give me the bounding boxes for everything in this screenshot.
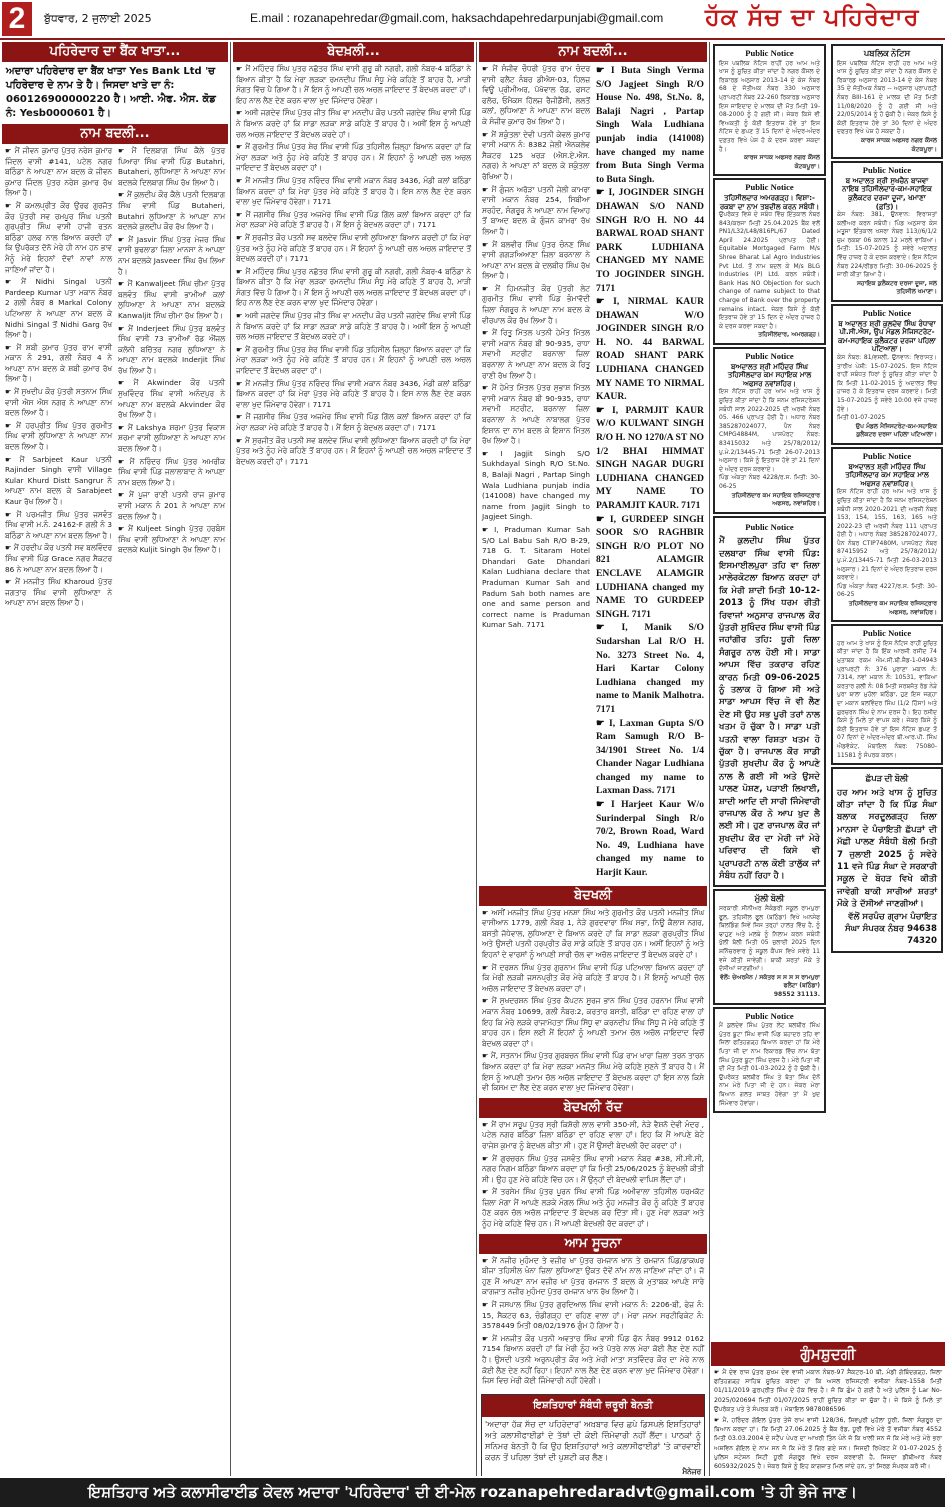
notice-item: ☛ ਅਸੀਂ ਮਨਜੀਤ ਸਿੰਘ ਪੁੱਤਰ ਮਨਸ਼ਾ ਸਿੰਘ ਅਤੇ ਗ… xyxy=(482,908,704,961)
contact-email: E.mail : rozanapehredar@gmail.com, haksa… xyxy=(250,11,663,25)
notice-subtitle: ਬਅਦਾਲਤ ਸ਼੍ਰੀ ਮਹਿੰਦਰ ਸਿੰਘ ਤਹਿਸੀਲਦਾਰ ਕਮ ਸਹ… xyxy=(837,463,937,489)
notice-item: ☛ ਮੈਂ ਬਲਵੀਰ ਸਿੰਘ ਪੁੱਤਰ ਚੰਨਣ ਸਿੰਘ ਵਾਸੀ ਗਗ… xyxy=(482,240,590,282)
public-notice-box: Public Noticeਮੈਂ ਕੁਲਦੇਵ ਸਿੰਘ ਪੁੱਤਰ ਲੇਟ ਬ… xyxy=(713,1007,826,1114)
notice-body: ਇਸ ਨੋਟਿਸ ਰਾਹੀਂ ਹਰ ਆਮ ਅਤੇ ਖਾਸ ਨੂੰ ਸੂਚਿਤ ਕ… xyxy=(719,388,820,474)
notice-item: ☛ ਮੈਂ ਜਗਸੀਰ ਸਿੰਘ ਪੁੱਤਰ ਅਜਮੇਰ ਸਿੰਘ ਵਾਸੀ ਪ… xyxy=(236,412,471,433)
notice-item: ☛ ਮੈਂ ਕਮਲਪ੍ਰੀਤ ਕੌਰ ਉਰਫ ਗੁਰਜੋਤ ਕੌਰ ਪੁੱਤਰੀ… xyxy=(5,201,112,275)
section-title-general-notice: ਆਮ ਸੂਚਨਾ xyxy=(479,1234,707,1254)
notice-title: Public Notice xyxy=(837,309,937,318)
ad-disclaimer-box: ਇਸ਼ਤਿਹਾਰਾਂ ਸੰਬੰਧੀ ਜ਼ਰੂਰੀ ਬੇਨਤੀ 'ਅਦਾਰਾ ਹੱ… xyxy=(481,1394,705,1476)
section-title-eviction: ਬੇਦਖ਼ਲੀ... xyxy=(233,42,474,62)
notice-item: ☛ ਮੈਂ, ਹਰਿੰਦਰ ਗੋਇਲ ਪੁੱਤਰ ਤੇਜੋ ਰਾਮ ਵਾਸੀ 1… xyxy=(714,1416,942,1471)
notice-item: ☛ ਮੈਂ ਮਹਿੰਦਰ ਸਿੰਘ ਪੁਤਰ ਨਛੱਤਰ ਸਿੰਘ ਵਾਸੀ ਗ… xyxy=(236,64,471,106)
notice-item: ☛ ਮੈਂ ਮਨਜੀਤ ਸਿੰਘ ਪੁੱਤਰ ਨਰਿੰਦਰ ਸਿੰਘ ਵਾਸੀ … xyxy=(236,176,471,208)
notice-footer: ਪਿੰਡ ਅੰਕਤਾ ਨੰਬਰ 4228/ਰ.ਸ. ਮਿਤੀ: 30-06-25 xyxy=(719,474,820,491)
issue-date: ਬੁੱਧਵਾਰ, 2 ਜੁਲਾਈ 2025 xyxy=(44,12,152,26)
section-title-name-change-2: ਨਾਮ ਬਦਲੀ... xyxy=(479,42,707,62)
notice-item: ☛ ਮੈਂ Akwinder ਕੌਰ ਪਤਨੀ ਸੁਖਵਿੰਦਰ ਸਿੰਘ ਵਾ… xyxy=(118,378,225,420)
notice-item: ☛ ਮੈਂ ਮਨਜੀਤ ਕੌਰ ਪਤਨੀ ਅਵਤਾਰ ਸਿੰਘ ਵਾਸੀ ਪਿੰ… xyxy=(482,1334,704,1387)
notice-item: ☛ ਮੈਂ ਨਰਿੰਦਰ ਸਿੰਘ ਪੁੱਤਰ ਅਮਰੀਕ ਸਿੰਘ ਵਾਸੀ … xyxy=(118,457,225,489)
name-change-columns: ☛ ਮੈਂ ਸੰਜੀਵ ਚੌਧਰੀ ਪੁੱਤਰ ਰਾਮ ਚੰਦਰ ਵਾਸੀ ਫਲ… xyxy=(479,62,707,882)
page-number: 2 xyxy=(2,2,32,36)
column-eviction: ਬੇਦਖ਼ਲੀ... ☛ ਮੈਂ ਮਹਿੰਦਰ ਸਿੰਘ ਪੁਤਰ ਨਛੱਤਰ … xyxy=(233,42,474,1476)
public-notice-box: Public Noticeਬ ਅਦਾਲਤ ਸ਼੍ਰੀ ਸੁਖਚੈਨ ਬਾਜਵਾ … xyxy=(831,161,943,302)
notice-item: ☛ ਮੈਂ ਗੁੰਜਨ ਅਰੋੜਾ ਪਤਨੀ ਜੇਲੀ ਕਾਮਰਾ ਵਾਸੀ ਮ… xyxy=(482,185,590,238)
notice-item: ☛ ਮੈਂ Sarbjeet Kaur ਪਤਨੀ Rajinder Singh … xyxy=(5,455,112,508)
disclaimer-signature: ਮੈਨੇਜਰ xyxy=(482,1465,704,1476)
section-title-name-change: ਨਾਮ ਬਦਲੀ... xyxy=(2,124,228,144)
notice-signature: ਵੱਲੋਂ ਸਰਪੰਚ ਗ੍ਰਾਮ ਪੰਚਾਇਤ ਸੰਘਾ ਸੰਪਰਕ ਨੰਬਰ… xyxy=(837,911,937,948)
notice-item: ☛ ਮੈਂ ਮਹਿੰਦਰ ਸਿੰਘ ਪੁਤਰ ਨਛੱਤਰ ਸਿੰਘ ਵਾਸੀ ਗ… xyxy=(236,267,471,309)
notice-body: ਹਰ ਆਮ ਤੇ ਖਾਸ ਨੂੰ ਇਸ ਨੋਟਿਸ ਰਾਹੀਂ ਸੂਚਿਤ ਕੀ… xyxy=(837,640,937,760)
notice-body: ਕੇਸ ਨੰਬਰ: 81/ਵਸਲੀ, ਉਨਵਾਨ: ਵਿਰਾਸਤ। ਤਾਰੀਖ … xyxy=(837,354,937,414)
notice-item: ☛ I, Praduman Kumar Sah S/O Lal Babu Sah… xyxy=(482,525,590,631)
notice-title: Public Notice xyxy=(837,452,937,461)
public-notice-box: Public Noticeਇਸ ਪਬਲਿਕ ਨੋਟਿਸ ਰਾਹੀਂ ਹਰ ਆਮ … xyxy=(713,44,826,176)
column-name-change-2: ਨਾਮ ਬਦਲੀ... ☛ ਮੈਂ ਸੰਜੀਵ ਚੌਧਰੀ ਪੁੱਤਰ ਰਾਮ … xyxy=(479,42,707,1476)
notice-item: ☛ ਮੈਂ ਪਰਮਜੀਤ ਸਿੰਘ ਪੁੱਤਰ ਜਸਵੰਤ ਸਿੰਘ ਵਾਸੀ … xyxy=(5,510,112,542)
notice-item: ☛ I, PARMJIT KAUR W/O KULWANT SINGH R/O … xyxy=(596,404,704,513)
eviction-list: ☛ ਮੈਂ ਮਹਿੰਦਰ ਸਿੰਘ ਪੁਤਰ ਨਛੱਤਰ ਸਿੰਘ ਵਾਸੀ ਗ… xyxy=(233,62,474,471)
notice-body: ਇਸ ਪਬਲਿਕ ਨੋਟਿਸ ਰਾਹੀਂ ਹਰ ਆਮ ਅਤੇ ਖਾਸ ਨੂੰ ਸ… xyxy=(719,60,820,155)
notice-title: ਮੁੱਲੀ ਬੋਲੀ xyxy=(719,894,820,903)
notice-item: ☛ ਮੈਂ ਹਿਮਨਜੀਤ ਕੌਰ ਪੁੱਤਰੀ ਲੇਟ ਗੁਰਮੀਤ ਸਿੰਘ… xyxy=(482,284,590,326)
notice-footer: ਮਿਤੀ 01-07-2025 xyxy=(837,414,937,423)
notice-item: ☛ ਮੈਂ ਜਸਪਾਲ ਸਿੰਘ ਪੁੱਤਰ ਗੁਰਦਿਆਲ ਸਿੰਘ ਵਾਸੀ… xyxy=(482,1300,704,1332)
notice-phone: 98552 31113. xyxy=(719,991,820,1000)
notice-item: ☛ ਅਸੀ ਜਗਦੇਵ ਸਿੰਘ ਪੁੱਤਰ ਜੀਤ ਸਿੰਘ ਵਾ ਮਨਦੀਪ… xyxy=(236,311,471,343)
column-divider xyxy=(476,42,477,1476)
notice-item: ☛ I, GURDEEP SINGH SOOR S/O RAGHBIR SING… xyxy=(596,513,704,622)
notice-subtitle: ਬਅਦਾਲਤ ਸ਼੍ਰੀ ਮਹਿੰਦਰ ਸਿੰਘ ਤਹਿਸੀਲਦਾਰ ਕਮ ਸਹ… xyxy=(719,363,820,389)
notice-title: Public Notice xyxy=(837,166,937,175)
notice-signature: ਸਹਾਇਕ ਕੁਲੈਕਟਰ ਦਰਜਾ ਦੂਜਾ, ਜਲ ਤਹਿਸੀਲ ਖਮਾਣਾ… xyxy=(837,280,937,297)
notice-item: ☛ ਮੈਂ Jasvir ਸਿੰਘ ਪੁੱਤਰ ਮੇਜਰ ਸਿੰਘ ਵਾਸੀ ਬ… xyxy=(118,235,225,277)
notice-item: ☛ ਮੈਂ Kanwaljeet ਸਿੰਘ ਚੀਮਾ ਪੁੱਤਰ ਬਲਵੰਤ ਸ… xyxy=(118,279,225,321)
notice-title: Public Notice xyxy=(719,521,820,533)
notice-item: ☛ ਮੈਂ ਦੇਵ ਰਾਜ ਪੁੱਤਰ ਸੁਖਮ ਦੇਵ ਵਾਸੀ ਮਕਾਨ ਨ… xyxy=(714,1368,942,1414)
disclaimer-text: 'ਅਦਾਰਾ ਹੱਕ ਸੱਚ ਦਾ ਪਹਿਰੇਦਾਰ' ਅਖ਼ਬਾਰ ਵਿਚ ਛ… xyxy=(482,1417,704,1465)
public-notice-box: Public Noticeਤਹਿਸੀਲਦਾਰ ਅਮਰਗੜ੍ਹ। ਵਿਸ਼ਾ:- … xyxy=(713,178,826,345)
notice-body: ਇਸ ਨੋਟਿਸ ਰਾਹੀਂ ਹਰ ਆਮ ਅਤੇ ਖਾਸ ਨੂੰ ਸੂਚਿਤ ਕ… xyxy=(837,488,937,583)
notice-body: ਮੈਂ ਕੁਲਦੀਪ ਸਿੰਘ ਪੁੱਤਰ ਦਲਬਾਰਾ ਸਿੰਘ ਵਾਸੀ ਪ… xyxy=(719,535,820,882)
name-change-right: ☛ ਮੈਂ ਦਿਲਬਾਗ ਸਿੰਘ ਕੈਲੇ ਪੁੱਤਰ ਪਿਆਰਾ ਸਿੰਘ … xyxy=(118,146,225,611)
notice-signature: ਕਾਰਜ ਸਾਧਕ ਅਫਸਰ ਨਗਰ ਕੌਂਸਲ ਕੋਟਕਪੂਰਾ। xyxy=(719,154,820,171)
masthead: 2 ਬੁੱਧਵਾਰ, 2 ਜੁਲਾਈ 2025 E.mail : rozanap… xyxy=(0,0,945,40)
eviction-cancel-list: ☛ ਮੈਂ ਰਾਮ ਸਰੂਪ ਪੁੱਤਰ ਸ੍ਰੀ ਕਿਸ਼ੋਰੀ ਲਾਲ ਵਾ… xyxy=(479,1118,707,1234)
public-notice-box: Public Noticeਬਅਦਾਲਤ ਸ਼੍ਰੀ ਮਹਿੰਦਰ ਸਿੰਘ ਤਹ… xyxy=(831,447,943,622)
public-notice-box: ਪਬਲਿਕ ਨੋਟਿਸਇਸ ਪਬਲਿਕ ਨੋਟਿਸ ਰਾਹੀਂ ਹਰ ਆਮ ਅਤ… xyxy=(831,44,943,159)
notice-item: ☛ ਮੈਂ ਕੁਲਦੀਪ ਕੌਰ ਕੈਲੇ ਪਤਨੀ ਦਿਲਬਾਗ ਸਿੰਘ ਵ… xyxy=(118,190,225,232)
notice-item: ☛ ਮੈਂ ਮਨਜੀਤ ਸਿੰਘ Kharoud ਪੁੱਤਰ ਜਗਤਾਰ ਸਿੰ… xyxy=(5,577,112,609)
eviction-list-2: ☛ ਅਸੀਂ ਮਨਜੀਤ ਸਿੰਘ ਪੁੱਤਰ ਮਨਸ਼ਾ ਸਿੰਘ ਅਤੇ ਗ… xyxy=(479,906,707,1098)
notice-item: ☛ ਮੈਂ ਗੁਰਮੀਤ ਸਿੰਘ ਪੁੱਤਰ ਸ਼ੇਰ ਸਿੰਘ ਵਾਸੀ ਪ… xyxy=(236,142,471,174)
section-title-missing: ਗੁੰਮਸ਼ੁਦਗੀ xyxy=(711,1342,945,1366)
public-notice-box: ਛੱਪੜ ਦੀ ਬੋਲੀਹਰ ਆਮ ਅਤੇ ਖਾਸ ਨੂੰ ਸੂਚਿਤ ਕੀਤਾ… xyxy=(831,767,943,953)
column-public-notices-right: ਪਬਲਿਕ ਨੋਟਿਸਇਸ ਪਬਲਿਕ ਨੋਟਿਸ ਰਾਹੀਂ ਹਰ ਆਮ ਅਤ… xyxy=(829,42,945,1338)
notice-item: ☛ ਮੈਂ ਸ਼ਬੀ ਕੁਮਾਰ ਪੁੱਤਰ ਰਾਮ ਵਾਸੀ ਮਕਾਨ ਨੰ … xyxy=(5,343,112,385)
notice-signature: ਤਹਿਸੀਲਦਾਰ ਕਮ ਸਹਾਇਕ ਰਜਿਸਟ੍ਰਾਰ ਅਫਸਰ, ਨਵਾਂਸ… xyxy=(837,600,937,617)
notice-item: ☛ I, JOGINDER SINGH DHAWAN S/O NAND SING… xyxy=(596,186,704,295)
notice-title: Public Notice xyxy=(719,183,820,192)
name-change-english: ☛ I Buta Singh Verma S/O Jagjeet Singh R… xyxy=(596,64,704,880)
notice-body: ਹਰ ਆਮ ਅਤੇ ਖਾਸ ਨੂੰ ਸੂਚਿਤ ਕੀਤਾ ਜਾਂਦਾ ਹੈ ਕਿ… xyxy=(837,787,937,911)
notice-signature: ਵੱਲੋਂ: ਚੇਅਰਮੈਨ / ਸਕੱਤਰ ਸ ਸ ਸ ਸ ਰਾਮਪੁਰਾ ਫ… xyxy=(719,974,820,991)
section-title-eviction-2: ਬੇਦਖਲੀ xyxy=(479,886,707,906)
notice-item: ☛ I Jagjit Singh S/O Sukhdayal Singh R/O… xyxy=(482,449,590,523)
notice-signature: ਉਪ ਮੰਡਲ ਮੈਜਿਸਟਰੇਟ-ਕਮ-ਸਹਾਇਕ ਕੁਲੈਕਟਰ ਦਰਜਾ … xyxy=(837,423,937,440)
name-change-punjabi: ☛ ਮੈਂ ਸੰਜੀਵ ਚੌਧਰੀ ਪੁੱਤਰ ਰਾਮ ਚੰਦਰ ਵਾਸੀ ਫਲ… xyxy=(482,64,590,880)
notice-item: ☛ ਮੈਂ ਦਿਲਬਾਗ ਸਿੰਘ ਕੈਲੇ ਪੁੱਤਰ ਪਿਆਰਾ ਸਿੰਘ … xyxy=(118,146,225,188)
notice-subtitle: ਬ ਅਦਾਲਤ ਸ਼੍ਰੀ ਸੁਖਚੈਨ ਬਾਜਵਾ ਨਾਇਬ ਤਹਿਸੀਲਦਾ… xyxy=(837,177,937,211)
notice-signature: ਤਹਿਸੀਲਦਾਰ ਕਮ ਸਹਾਇਕ ਰਜਿਸਟ੍ਰਾਰ ਅਫਸਰ, ਨਵਾਂਸ… xyxy=(719,492,820,509)
notice-item: ☛ ਮੈਂ Inderjeet ਸਿੰਘ ਪੁੱਤਰ ਬਲਵੰਤ ਸਿੰਘ ਵਾ… xyxy=(118,324,225,377)
column-divider xyxy=(709,42,710,1476)
notice-item: ☛ ਮੈਂ Kuljeet Singh ਪੁੱਤਰ ਹਰਬੰਸ ਸਿੰਘ ਵਾਸ… xyxy=(118,524,225,556)
public-notice-box: Public Noticeਹਰ ਆਮ ਤੇ ਖਾਸ ਨੂੰ ਇਸ ਨੋਟਿਸ ਰ… xyxy=(831,624,943,765)
notice-item: ☛ I, Laxman Gupta S/O Ram Samugh R/O B-3… xyxy=(596,717,704,799)
notice-item: ☛ I, Manik S/O Sudarshan Lal R/O H. No. … xyxy=(596,621,704,716)
notice-body: ਉਪਰੋਕਤ ਵਿਸ਼ੇ ਦੇ ਸਬੰਧ ਵਿੱਚ ਇੰਤਕਾਲ ਨੰਬਰ 84… xyxy=(719,211,820,331)
notice-title: ਛੱਪੜ ਦੀ ਬੋਲੀ xyxy=(837,772,937,784)
section-title-bank: ਪਹਿਰੇਦਾਰ ਦਾ ਬੈਂਕ ਖਾਤਾ... xyxy=(2,42,228,62)
notice-body: ਮੈਂ ਕੁਲਦੇਵ ਸਿੰਘ ਪੁੱਤਰ ਲੇਟ ਬਲਬੀਰ ਸਿੰਘ ਪੁੱ… xyxy=(719,1022,820,1108)
general-notice-list: ☛ ਮੈਂ ਨਜੀਰ ਮੁਹੰਮਦ ਤੇ ਵਜ਼ੀਰ ਖਾ ਪੁੱਤਰ ਰਮਜਾ… xyxy=(479,1254,707,1391)
public-notice-box: ਮੁੱਲੀ ਬੋਲੀਸਰਕਾਰੀ ਸੀਨੀਅਰ ਸੈਕੰਡਰੀ ਸਕੂਲ ਰਾਮ… xyxy=(713,889,826,1004)
notice-body: ਕੇਸ ਨੰਬਰ: 381, ਉਨਵਾਨ: ਵਿਰਾਸਤਾਂ ਕਲੀਅਰ ਕਰਨ… xyxy=(837,211,937,280)
column-public-notices-left: Public Noticeਇਸ ਪਬਲਿਕ ਨੋਟਿਸ ਰਾਹੀਂ ਹਰ ਆਮ … xyxy=(711,42,828,1338)
notice-item: ☛ ਮੈਂ ਹਰਪ੍ਰੀਤ ਸਿੰਘ ਪੁੱਤਰ ਗੁਰਮੀਤ ਸਿੰਘ ਵਾਸ… xyxy=(5,421,112,453)
notice-subtitle: ਬ ਅਦਾਲਤ ਸ਼੍ਰੀ ਕੁਲਦੇਵ ਸਿੰਘ ਰੰਧਾਵਾ ਪੀ.ਸੀ.ਐ… xyxy=(837,320,937,354)
notice-item: ☛ ਮੈਂ ਸੁਖਦੀਪ ਕੌਰ ਪੁੱਤਰੀ ਸਤਨਾਮ ਸਿੰਘ ਵਾਸੀ … xyxy=(5,387,112,419)
missing-section: ਗੁੰਮਸ਼ੁਦਗੀ ☛ ਮੈਂ ਦੇਵ ਰਾਜ ਪੁੱਤਰ ਸੁਖਮ ਦੇਵ … xyxy=(711,1342,945,1476)
notice-item: ☛ ਮੈਂ, ਸਤਨਾਮ ਸਿੰਘ ਪੁੱਤਰ ਗੁਰਬਚਨ ਸਿੰਘ ਵਾਸੀ… xyxy=(482,1051,704,1093)
notice-item: ☛ ਮੈਂ ਗੁਰਮੀਤ ਸਿੰਘ ਪੁੱਤਰ ਸ਼ੇਰ ਸਿੰਘ ਵਾਸੀ ਪ… xyxy=(236,345,471,377)
notice-item: ☛ ਮੈਂ ਪੂਜਾ ਰਾਣੀ ਪਤਨੀ ਰਾਜ ਕੁਮਾਰ ਵਾਸੀ ਮਕਾਨ… xyxy=(118,490,225,522)
notice-item: ☛ ਮੈਂ ਸੁਰਜੀਤ ਕੌਰ ਪਤਨੀ ਸਵ ਬਲਦੇਵ ਸਿੰਘ ਵਾਸੀ… xyxy=(236,233,471,265)
public-notice-box: Public Noticeਮੈਂ ਕੁਲਦੀਪ ਸਿੰਘ ਪੁੱਤਰ ਦਲਬਾਰ… xyxy=(713,516,826,888)
section-title-eviction-cancel: ਬੇਦਖਲੀ ਰੱਦ xyxy=(479,1098,707,1118)
notice-title: Public Notice xyxy=(719,1012,820,1021)
bank-details: ਅਦਾਰਾ ਪਹਿਰੇਦਾਰ ਦਾ ਬੈਂਕ ਖਾਤਾ Yes Bank Ltd… xyxy=(2,62,228,124)
notice-item: ☛ ਮੈਂ ਮਨਜੀਤ ਸਿੰਘ ਪੁੱਤਰ ਨਰਿੰਦਰ ਸਿੰਘ ਵਾਸੀ … xyxy=(236,379,471,411)
notice-item: ☛ ਮੈਂ ਜੀਵਨ ਕੁਮਾਰ ਪੁੱਤਰ ਨਰੇਸ਼ ਕੁਮਾਰ ਜਿੰਦਲ… xyxy=(5,146,112,199)
notice-item: ☛ ਮੈਂ ਸੰਜੀਵ ਚੌਧਰੀ ਪੁੱਤਰ ਰਾਮ ਚੰਦਰ ਵਾਸੀ ਫਲ… xyxy=(482,64,590,128)
missing-list: ☛ ਮੈਂ ਦੇਵ ਰਾਜ ਪੁੱਤਰ ਸੁਖਮ ਦੇਵ ਵਾਸੀ ਮਕਾਨ ਨ… xyxy=(711,1366,945,1475)
notice-signature: ਕਾਰਜ ਸਾਧਕ ਅਫਸਰ ਨਗਰ ਕੌਂਸਲ ਕੋਟਕਪੂਰਾ। xyxy=(837,137,937,154)
notice-title: Public Notice xyxy=(837,629,937,638)
disclaimer-title: ਇਸ਼ਤਿਹਾਰਾਂ ਸੰਬੰਧੀ ਜ਼ਰੂਰੀ ਬੇਨਤੀ xyxy=(482,1395,704,1417)
notice-title: ਪਬਲਿਕ ਨੋਟਿਸ xyxy=(837,49,937,58)
notice-item: ☛ ਮੈਂ ਜਗਸੀਰ ਸਿੰਘ ਪੁੱਤਰ ਅਜਮੇਰ ਸਿੰਘ ਵਾਸੀ ਪ… xyxy=(236,210,471,231)
footer-banner: ਇਸ਼ਤਿਹਾਰ ਅਤੇ ਕਲਾਸੀਫਾਈਡ ਕੇਵਲ ਅਦਾਰਾ 'ਪਹਿਰੇ… xyxy=(0,1478,945,1507)
public-notice-box: Public Noticeਬਅਦਾਲਤ ਸ਼੍ਰੀ ਮਹਿੰਦਰ ਸਿੰਘ ਤਹ… xyxy=(713,347,826,514)
name-change-list: ☛ ਮੈਂ ਜੀਵਨ ਕੁਮਾਰ ਪੁੱਤਰ ਨਰੇਸ਼ ਕੁਮਾਰ ਜਿੰਦਲ… xyxy=(2,144,228,613)
column-bank-namechange: ਪਹਿਰੇਦਾਰ ਦਾ ਬੈਂਕ ਖਾਤਾ... ਅਦਾਰਾ ਪਹਿਰੇਦਾਰ … xyxy=(2,42,228,1476)
notice-item: ☛ ਮੈਂ ਹੇਮੰਤ ਮਿੱਤਲ ਪੁੱਤਰ ਸੁਭਾਸ਼ ਮਿੱਤਲ ਵਾਸ… xyxy=(482,383,590,447)
notice-item: ☛ ਮੈਂ ਰਿਤੂ ਮਿੱਤਲ ਪਤਨੀ ਹੇਮੰਤ ਮਿੱਤਲ ਵਾਸੀ ਮ… xyxy=(482,328,590,381)
notice-item: ☛ I, NIRMAL KAUR DHAWAN W/O JOGINDER SIN… xyxy=(596,295,704,404)
public-notice-box: Public Noticeਬ ਅਦਾਲਤ ਸ਼੍ਰੀ ਕੁਲਦੇਵ ਸਿੰਘ ਰ… xyxy=(831,304,943,445)
notice-item: ☛ ਮੈਂ ਗੁਰਚਰਨ ਸਿੰਘ ਪੁੱਤਰ ਜਸਵੰਤ ਸਿੰਘ ਵਾਸੀ … xyxy=(482,1154,704,1186)
name-change-left: ☛ ਮੈਂ ਜੀਵਨ ਕੁਮਾਰ ਪੁੱਤਰ ਨਰੇਸ਼ ਕੁਮਾਰ ਜਿੰਦਲ… xyxy=(5,146,112,611)
notice-footer: ਪਿੰਡ ਅੰਕਤਾ ਨੰਬਰ 4227/ਰ.ਸ. ਮਿਤੀ: 30-06-25 xyxy=(837,583,937,600)
notice-item: ☛ ਅਸੀ ਜਗਦੇਵ ਸਿੰਘ ਪੁੱਤਰ ਜੀਤ ਸਿੰਘ ਵਾ ਮਨਦੀਪ… xyxy=(236,108,471,140)
newspaper-logo: ਹੱਕ ਸੱਚ ਦਾ ਪਹਿਰੇਦਾਰ xyxy=(705,3,920,31)
notice-body: ਸਰਕਾਰੀ ਸੀਨੀਅਰ ਸੈਕੰਡਰੀ ਸਕੂਲ ਰਾਮਪੁਰਾ ਫੂਲ, … xyxy=(719,905,820,974)
notice-item: ☛ I Buta Singh Verma S/O Jagjeet Singh R… xyxy=(596,64,704,186)
notice-subtitle: ਤਹਿਸੀਲਦਾਰ ਅਮਰਗੜ੍ਹ। ਵਿਸ਼ਾ:- ਰਕਬਾ ਦਾ ਨਾਮ ਤ… xyxy=(719,194,820,211)
notice-item: ☛ ਮੈਂ Nidhi Singal ਪਤਨੀ Pardeep Kumar ਪਤ… xyxy=(5,277,112,341)
notice-title: Public Notice xyxy=(719,49,820,58)
notice-item: ☛ I Harjeet Kaur W/o Surinderpal Singh R… xyxy=(596,798,704,880)
notice-item: ☛ ਮੈਂ ਤਰਸੇਮ ਸਿੰਘ ਪੁੱਤਰ ਪੂਰਨ ਸਿੰਘ ਵਾਸੀ ਪਿ… xyxy=(482,1187,704,1229)
notice-item: ☛ ਮੈਂ ਸ਼ਕੁੰਤਲਾ ਦੇਵੀ ਪਤਨੀ ਕੇਵਲ ਕੁਮਾਰ ਵਾਸੀ… xyxy=(482,130,590,183)
notice-title: Public Notice xyxy=(719,352,820,361)
notice-body: ਇਸ ਪਬਲਿਕ ਨੋਟਿਸ ਰਾਹੀਂ ਹਰ ਆਮ ਅਤੇ ਖਾਸ ਨੂੰ ਸ… xyxy=(837,60,937,137)
notice-item: ☛ ਮੈਂ Lakshya ਸ਼ਰਮਾ ਪੁੱਤਰ ਵਿਕਾਸ ਸ਼ਰਮਾ ਵਾ… xyxy=(118,423,225,455)
notice-item: ☛ ਮੈਂ ਹਰਦੀਪ ਕੌਰ ਪਤਨੀ ਸਵ ਬਲਵਿੰਦਰ ਸਿੰਘ ਵਾਸ… xyxy=(5,543,112,575)
notice-item: ☛ ਮੈਂ ਦਰਸ਼ਨ ਸਿੰਘ ਪੁੱਤਰ ਗੁਰਨਾਮ ਸਿੰਘ ਵਾਸੀ … xyxy=(482,963,704,995)
notice-item: ☛ ਮੈਂ ਰਾਮ ਸਰੂਪ ਪੁੱਤਰ ਸ੍ਰੀ ਕਿਸ਼ੋਰੀ ਲਾਲ ਵਾ… xyxy=(482,1120,704,1152)
notice-item: ☛ ਮੈਂ ਸੁਰਜੀਤ ਕੌਰ ਪਤਨੀ ਸਵ ਬਲਦੇਵ ਸਿੰਘ ਵਾਸੀ… xyxy=(236,436,471,468)
notice-item: ☛ ਮੈਂ ਸੁਖਦਰਸ਼ਨ ਸਿੰਘ ਪੁੱਤਰ ਕੈਪਟਨ ਸੂਰਜ ਭਾਨ… xyxy=(482,996,704,1049)
notice-signature: ਤਹਿਸੀਲਦਾਰ, ਅਮਰਗੜ੍ਹ। xyxy=(719,331,820,340)
column-divider xyxy=(230,42,231,1476)
notice-item: ☛ ਮੈਂ ਨਜੀਰ ਮੁਹੰਮਦ ਤੇ ਵਜ਼ੀਰ ਖਾ ਪੁੱਤਰ ਰਮਜਾ… xyxy=(482,1256,704,1298)
